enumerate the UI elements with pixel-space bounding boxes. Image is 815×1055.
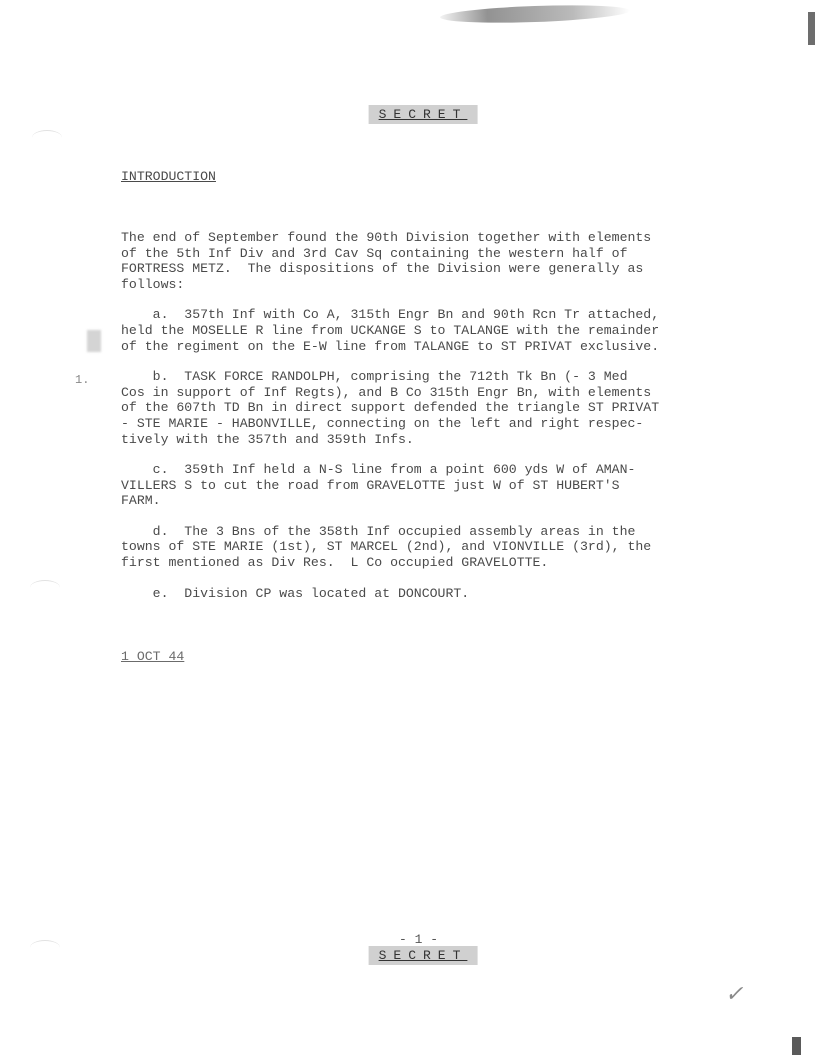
classification-stamp-bottom: SECRET — [369, 946, 478, 965]
paragraph: a. 357th Inf with Co A, 315th Engr Bn an… — [121, 307, 771, 354]
section-heading-introduction: INTRODUCTION — [121, 169, 771, 185]
handwritten-checkmark: ✓ — [725, 982, 743, 1007]
paragraph: The end of September found the 90th Divi… — [121, 230, 771, 292]
scan-smudge — [440, 3, 630, 26]
scan-smudge — [87, 330, 101, 352]
section-heading-date: 1 OCT 44 — [121, 649, 771, 665]
scan-edge-mark — [808, 12, 815, 45]
scan-edge-mark — [792, 1037, 801, 1055]
paragraph: e. Division CP was located at DONCOURT. — [121, 586, 771, 602]
page-number: - 1 - — [399, 932, 438, 947]
punch-hole-shadow — [30, 940, 60, 955]
paragraph: b. TASK FORCE RANDOLPH, comprising the 7… — [121, 369, 771, 447]
punch-hole-shadow — [32, 130, 62, 145]
punch-hole-shadow — [30, 580, 60, 595]
margin-mark: 1. — [75, 373, 89, 387]
document-body: INTRODUCTION The end of September found … — [121, 138, 771, 726]
paragraph: d. The 3 Bns of the 358th Inf occupied a… — [121, 524, 771, 571]
paragraph: c. 359th Inf held a N-S line from a poin… — [121, 462, 771, 509]
classification-text: SECRET — [379, 107, 468, 122]
classification-stamp-top: SECRET — [369, 105, 478, 124]
classification-text: SECRET — [379, 948, 468, 963]
